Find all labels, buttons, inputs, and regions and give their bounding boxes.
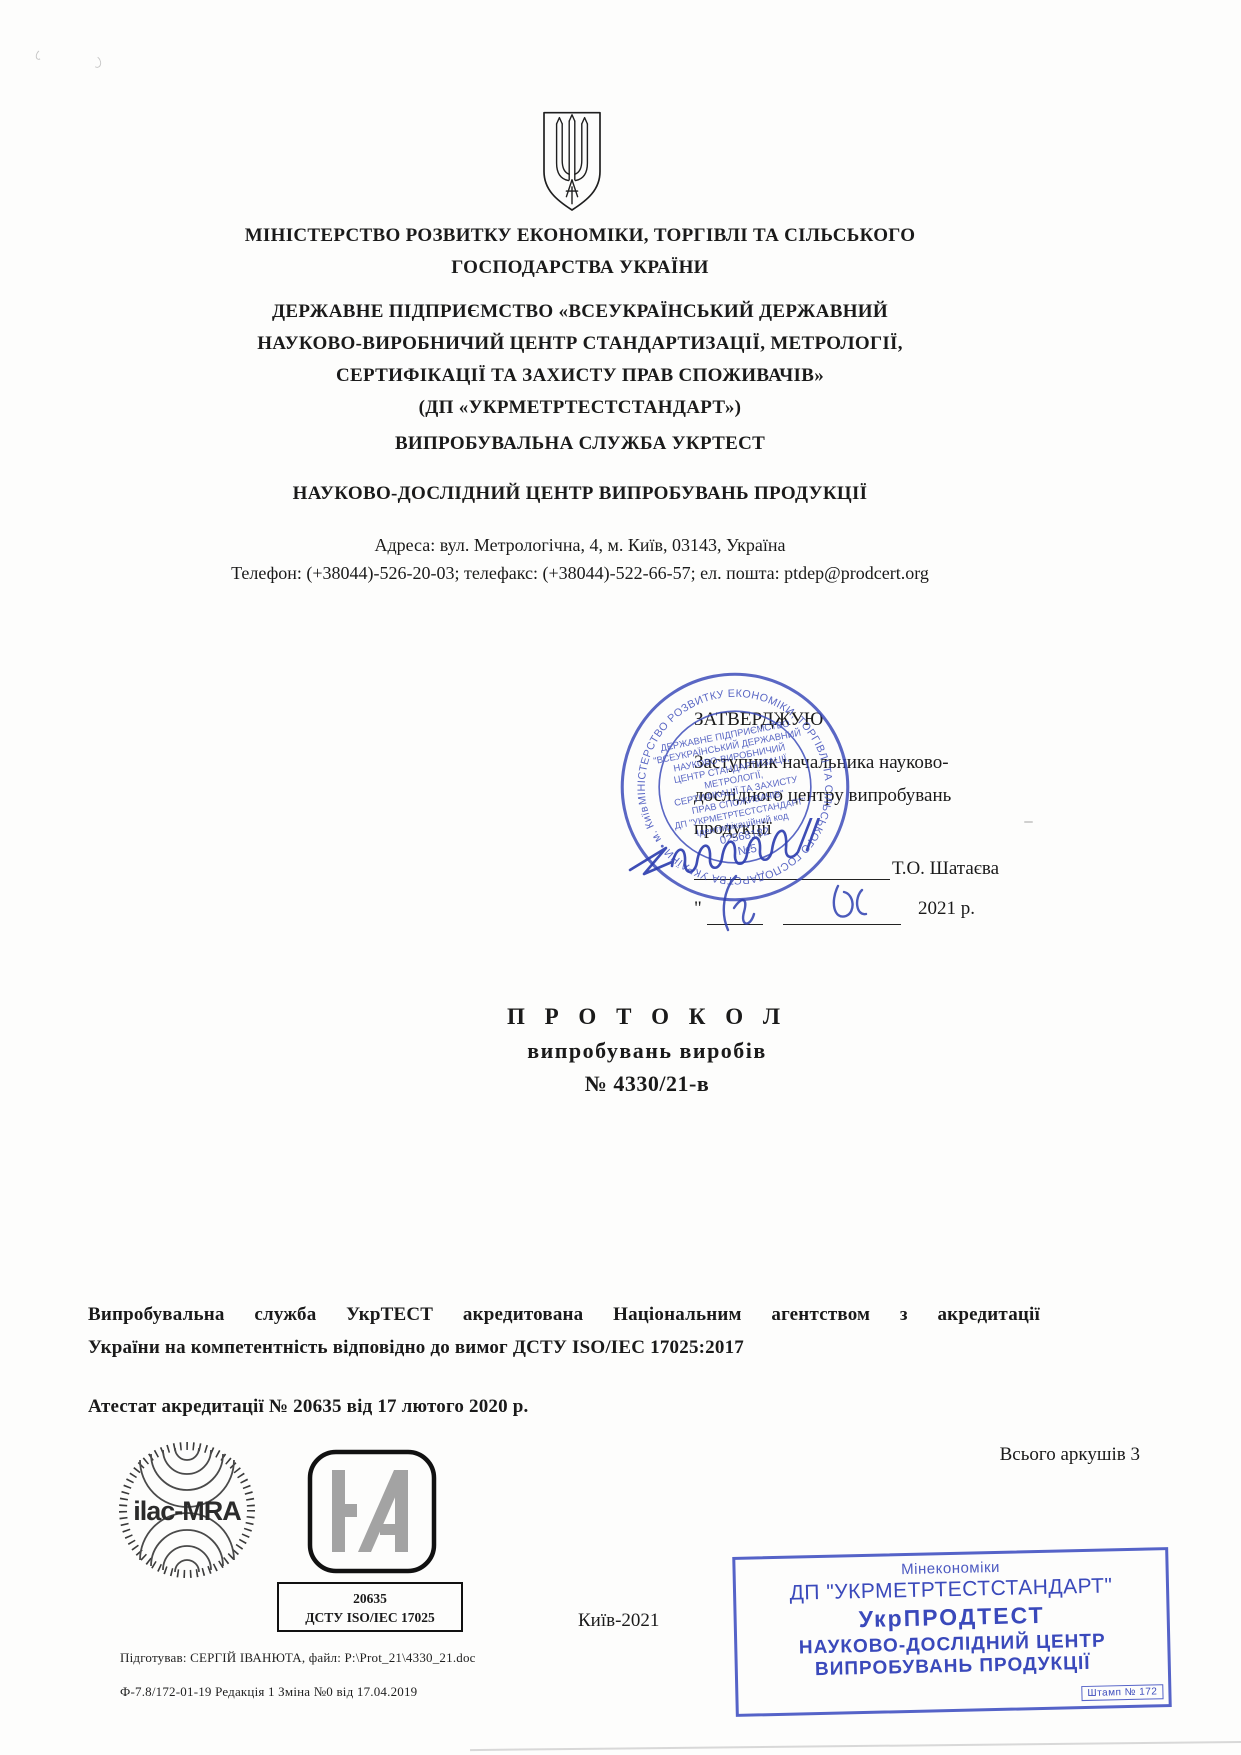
ministry-line: ГОСПОДАРСТВА УКРАЇНИ [0, 252, 1160, 284]
enterprise-line: ДЕРЖАВНЕ ПІДПРИЄМСТВО «ВСЕУКРАЇНСЬКИЙ ДЕ… [0, 296, 1160, 328]
naa-cert-number: 20635 [279, 1589, 461, 1608]
research-center-name: НАУКОВО-ДОСЛІДНИЙ ЦЕНТР ВИПРОБУВАНЬ ПРОД… [0, 478, 1160, 510]
protocol-title: П Р О Т О К О Л [53, 1004, 1241, 1030]
naa-certificate-box: 20635 ДСТУ ISO/ІЕС 17025 [277, 1582, 463, 1632]
ilac-label: ilac-MRA [133, 1496, 241, 1526]
naa-cert-standard: ДСТУ ISO/ІЕС 17025 [279, 1608, 461, 1627]
sheets-count: Всього аркушів 3 [940, 1444, 1140, 1466]
protocol-title-block: П Р О Т О К О Л випробувань виробів № 43… [53, 1004, 1241, 1097]
scan-artifact [1024, 821, 1033, 823]
ministry-line: МІНІСТЕРСТВО РОЗВИТКУ ЕКОНОМІКИ, ТОРГІВЛ… [0, 220, 1160, 252]
protocol-number: № 4330/21-в [53, 1071, 1241, 1097]
stamp-number-badge: Штамп № 172 [1081, 1684, 1163, 1701]
enterprise-line: (ДП «УКРМЕТРТЕСТСТАНДАРТ») [0, 392, 1160, 424]
handwritten-date-ink [688, 868, 928, 939]
contact-line: Телефон: (+38044)-526-20-03; телефакс: (… [0, 559, 1160, 587]
city-year: Київ-2021 [578, 1610, 659, 1632]
scan-artifact [90, 55, 102, 69]
accreditation-paragraph-line1: Випробувальна служба УкрТЕСТ акредитован… [88, 1298, 1040, 1331]
accreditation-paragraph-line2: України на компетентність відповідно до … [88, 1331, 1040, 1364]
enterprise-line: СЕРТИФІКАЦІЇ ТА ЗАХИСТУ ПРАВ СПОЖИВАЧІВ» [0, 360, 1160, 392]
enterprise-line: НАУКОВО-ВИРОБНИЧИЙ ЦЕНТР СТАНДАРТИЗАЦІЇ,… [0, 328, 1160, 360]
ilac-mra-logo-icon: ilac-MRA [112, 1440, 262, 1585]
ministry-name: МІНІСТЕРСТВО РОЗВИТКУ ЕКОНОМІКИ, ТОРГІВЛ… [0, 220, 1160, 284]
coat-of-arms-icon [537, 108, 607, 214]
address-block: Адреса: вул. Метрологічна, 4, м. Київ, 0… [0, 531, 1160, 587]
protocol-subtitle: випробувань виробів [53, 1038, 1241, 1064]
scan-artifact [34, 49, 44, 61]
scanned-protocol-page: МІНІСТЕРСТВО РОЗВИТКУ ЕКОНОМІКИ, ТОРГІВЛ… [0, 0, 1241, 1755]
accreditation-certificate: Атестат акредитації № 20635 від 17 лютог… [88, 1390, 528, 1423]
naa-logo-icon [306, 1448, 438, 1580]
scan-artifact [470, 1741, 1241, 1751]
footer-prepared: Підготував: СЕРГІЙ ІВАНЮТА, файл: P:\Pro… [120, 1650, 476, 1666]
footer-form-code: Ф-7.8/172-01-19 Редакція 1 Зміна №0 від … [120, 1684, 417, 1700]
rect-stamp: Мінекономіки ДП "УКРМЕТРТЕСТСТАНДАРТ" Ук… [732, 1547, 1172, 1717]
testing-service-name: ВИПРОБУВАЛЬНА СЛУЖБА УКРТЕСТ [0, 428, 1160, 460]
address-line: Адреса: вул. Метрологічна, 4, м. Київ, 0… [0, 531, 1160, 559]
enterprise-name: ДЕРЖАВНЕ ПІДПРИЄМСТВО «ВСЕУКРАЇНСЬКИЙ ДЕ… [0, 296, 1160, 424]
